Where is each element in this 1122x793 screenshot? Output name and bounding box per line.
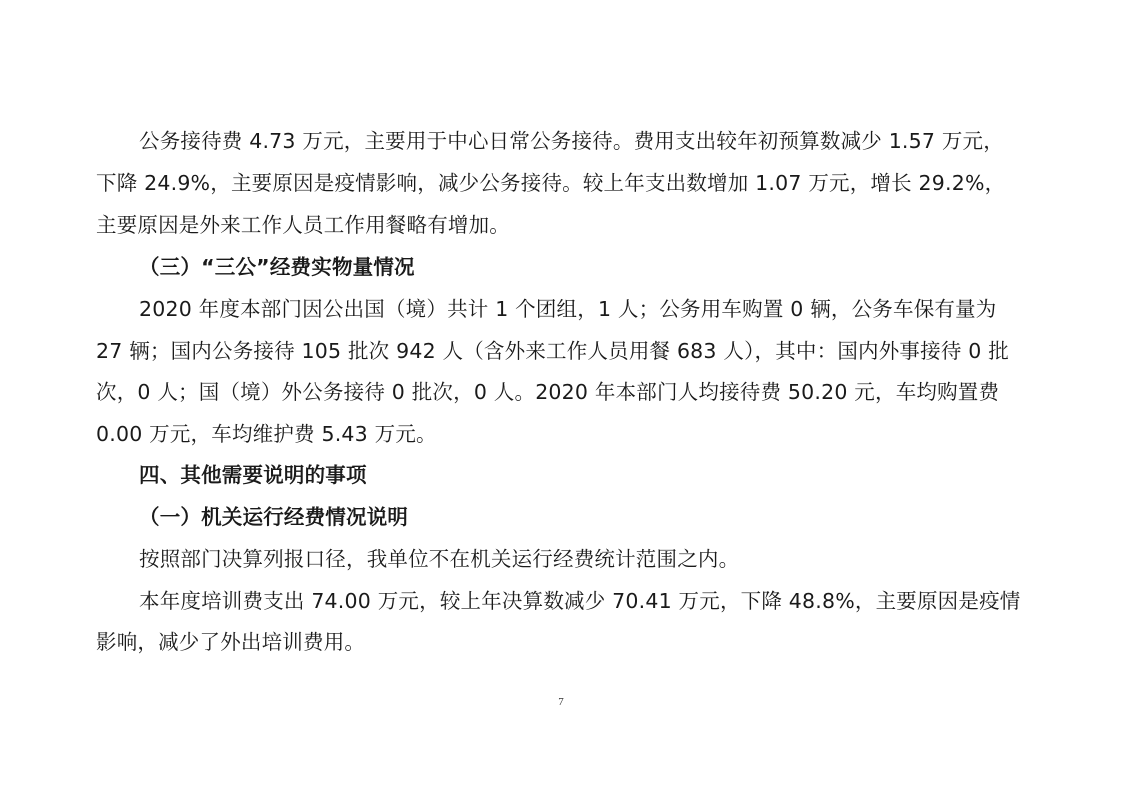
paragraph-physical-line-4: 0.00 万元，车均维护费 5.43 万元。 — [96, 420, 1036, 448]
paragraph-physical-line-3: 次，0 人；国（境）外公务接待 0 批次，0 人。2020 年本部门人均接待费 … — [96, 378, 1036, 406]
document-page: 公务接待费 4.73 万元，主要用于中心日常公务接待。费用支出较年初预算数减少 … — [0, 0, 1122, 793]
paragraph-physical-line-1: 2020 年度本部门因公出国（境）共计 1 个团组，1 人；公务用车购置 0 辆… — [139, 295, 1079, 323]
paragraph-reception-line-1: 公务接待费 4.73 万元，主要用于中心日常公务接待。费用支出较年初预算数减少 … — [139, 127, 1079, 155]
heading-three-public-physical: （三）“三公”经费实物量情况 — [139, 253, 1079, 281]
paragraph-physical-line-2: 27 辆；国内公务接待 105 批次 942 人（含外来工作人员用餐 683 人… — [96, 337, 1036, 365]
heading-subsection-one: （一）机关运行经费情况说明 — [139, 503, 1079, 531]
paragraph-training-line-1: 本年度培训费支出 74.00 万元，较上年决算数减少 70.41 万元，下降 4… — [139, 587, 1079, 615]
paragraph-reception-line-2: 下降 24.9%，主要原因是疫情影响，减少公务接待。较上年支出数增加 1.07 … — [96, 169, 1036, 197]
heading-section-four: 四、其他需要说明的事项 — [139, 461, 1079, 489]
paragraph-reception-line-3: 主要原因是外来工作人员工作用餐略有增加。 — [96, 211, 1036, 239]
paragraph-operating: 按照部门决算列报口径，我单位不在机关运行经费统计范围之内。 — [139, 545, 1079, 573]
paragraph-training-line-2: 影响，减少了外出培训费用。 — [96, 628, 1036, 656]
page-number: 7 — [0, 696, 1122, 708]
